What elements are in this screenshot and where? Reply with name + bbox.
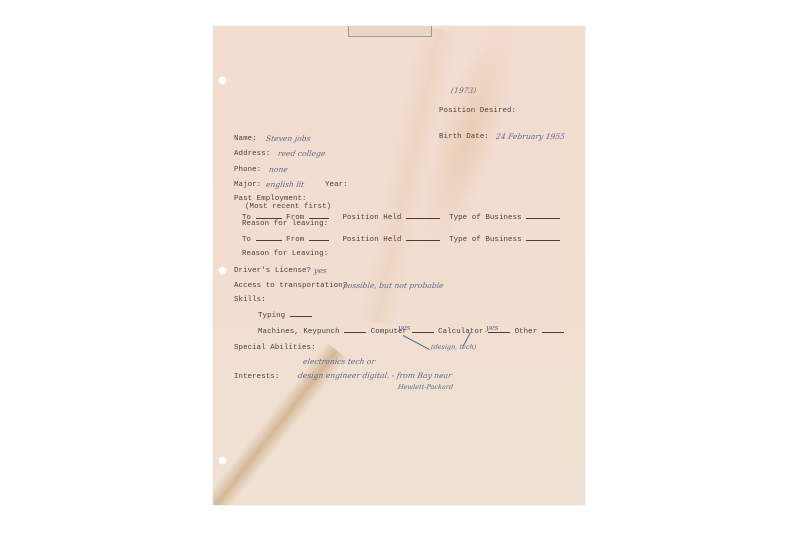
to-label: To <box>242 236 251 244</box>
transportation-label: Access to transportation? <box>234 282 347 290</box>
special-abilities-label: Special Abilities: <box>234 344 316 352</box>
transportation-value: possible, but not probable <box>342 281 444 290</box>
tape-strip <box>348 26 432 37</box>
type-of-business-label: Type of Business <box>449 236 522 244</box>
other-label: Other <box>515 328 538 336</box>
from-label: From <box>286 236 304 244</box>
address-value: reed college <box>277 149 326 158</box>
business-blank <box>526 234 560 241</box>
major-label: Major: <box>234 181 261 189</box>
machines-keypunch-label: Machines, Keypunch <box>258 328 340 336</box>
interests-value: design engineer digital. - from Bay near <box>297 371 452 380</box>
to-blank <box>256 234 282 241</box>
other-blank <box>542 326 564 333</box>
major-value: english lit <box>265 180 304 189</box>
application-form-paper: (1973) Position Desired: Birth Date: 24 … <box>213 26 585 505</box>
birth-date-value: 24 February 1955 <box>495 132 565 141</box>
phone-label: Phone: <box>234 166 261 174</box>
calculator-label: Calculator <box>438 328 483 336</box>
drivers-license-value: yes <box>313 266 327 275</box>
type-of-business-label: Type of Business <box>449 214 522 222</box>
punch-hole <box>218 266 227 275</box>
employment-row-2: To From Position Held Type of Business <box>242 234 560 244</box>
interests-value-line2: Hewlett-Packard <box>397 383 453 391</box>
birth-date-label: Birth Date: <box>439 133 489 141</box>
year-label: Year: <box>325 181 348 189</box>
interests-label: Interests: <box>234 373 279 381</box>
reason-for-leaving-1: Reason for leaving: <box>242 220 328 228</box>
typing-label: Typing <box>258 312 285 320</box>
drivers-license-label: Driver's License? <box>234 267 311 275</box>
position-desired-label: Position Desired: <box>439 107 516 115</box>
to-blank <box>256 212 282 219</box>
punch-hole <box>218 76 227 85</box>
position-blank <box>406 234 440 241</box>
typing-row: Typing <box>258 310 312 320</box>
paper-stain <box>402 26 533 259</box>
paper-stain <box>213 342 347 505</box>
keypunch-blank <box>344 326 366 333</box>
past-employment-sublabel: (Most recent first) <box>245 203 331 211</box>
position-held-label: Position Held <box>342 236 401 244</box>
special-abilities-value: electronics tech or <box>302 357 375 366</box>
year-note: (1973) <box>450 86 477 95</box>
from-blank <box>309 212 329 219</box>
typing-blank <box>290 310 312 317</box>
name-label: Name: <box>234 135 257 143</box>
address-label: Address: <box>234 150 270 158</box>
computer-value: yes <box>397 323 411 332</box>
arrow-mark <box>403 335 430 350</box>
punch-hole <box>218 456 227 465</box>
phone-value: none <box>268 165 288 174</box>
reason-for-leaving-2: Reason for Leaving: <box>242 250 328 258</box>
from-blank <box>309 234 329 241</box>
computer-blank <box>412 326 434 333</box>
position-held-label: Position Held <box>342 214 401 222</box>
name-value: Steven jobs <box>265 134 311 143</box>
past-employment-label: Past Employment: <box>234 195 307 203</box>
business-blank <box>526 212 560 219</box>
position-blank <box>406 212 440 219</box>
skills-note: (design, tech) <box>430 343 476 351</box>
calculator-value: yes <box>485 323 499 332</box>
skills-label: Skills: <box>234 296 266 304</box>
